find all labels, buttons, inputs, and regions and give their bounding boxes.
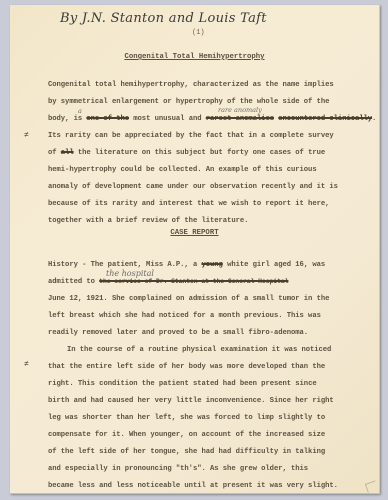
struck-text: rarest anomalies [206, 115, 274, 123]
text-line: of the left side of her tongue, she had … [48, 448, 325, 456]
text-fragment: white girl aged 16, was [227, 261, 325, 269]
text-line: right. This condition the patient stated… [48, 380, 317, 388]
struck-text: young [201, 261, 222, 269]
page-corner [365, 480, 378, 492]
text-line: body, is one of the most unusual and rar… [48, 115, 376, 123]
text-line: left breast which she had noticed for a … [48, 312, 321, 320]
handwritten-insertion: rare anomaly [218, 106, 262, 114]
text-line: and especially in pronouncing "th's". As… [48, 465, 308, 473]
text-fragment: most unusual and [133, 115, 201, 123]
struck-text: the service of Dr. Stanton at the Genera… [99, 278, 288, 285]
text-fragment: History - The patient, Miss A.P., a [48, 261, 197, 269]
margin-mark: ≠ [24, 131, 29, 140]
handwritten-insertion: the hospital [106, 269, 154, 278]
section-heading: CASE REPORT [10, 229, 379, 237]
struck-text: all [61, 149, 74, 157]
text-line: became less and less noticeable until at… [48, 482, 338, 490]
text-line: readily removed later and proved to be a… [48, 329, 308, 337]
text-line: together with a brief review of the lite… [48, 217, 248, 225]
text-line: June 12, 1921. She complained on admissi… [48, 295, 329, 303]
text-line: leg was shorter than her left, she was f… [48, 414, 325, 422]
text-line: that the entire left side of her body wa… [48, 363, 325, 371]
text-line: History - The patient, Miss A.P., a youn… [48, 261, 325, 269]
text-line: Congenital total hemihypertrophy, charac… [48, 81, 334, 89]
text-fragment: right. [48, 380, 74, 388]
text-fragment: the literature on this subject but forty… [78, 149, 325, 157]
text-fragment: body, is [48, 115, 82, 123]
text-line: birth and had caused her very little inc… [48, 397, 334, 405]
text-line: admitted to the service of Dr. Stanton a… [48, 278, 288, 286]
struck-text: one of the [86, 115, 129, 123]
text-line: anomaly of development came under our ob… [48, 183, 338, 191]
text-fragment: admitted to [48, 278, 95, 286]
text-line: of all the literature on this subject bu… [48, 149, 325, 157]
document-title: Congenital Total Hemihypertrophy [10, 53, 379, 61]
document-page: By J.N. Stanton and Louis Taft (1) Conge… [10, 5, 380, 494]
text-fragment: of [48, 149, 57, 157]
text-line: hemi-hypertrophy could be collected. An … [48, 166, 317, 174]
text-line: because of its rarity and interest that … [48, 200, 329, 208]
text-line: Its rarity can be appreciated by the fac… [48, 132, 334, 140]
page-number: (1) [192, 29, 205, 37]
text-line: In the course of a routine physical exam… [67, 346, 331, 354]
handwritten-insertion: a [78, 107, 82, 115]
text-fragment: This condition the patient stated had be… [78, 380, 317, 388]
handwritten-byline: By J.N. Stanton and Louis Taft [60, 11, 267, 26]
text-line: by symmetrical enlargement or hypertroph… [48, 98, 329, 106]
struck-text: encountered clinically [278, 115, 372, 123]
margin-mark: ≠ [24, 360, 29, 369]
text-line: compensate for it. When younger, on acco… [48, 431, 325, 439]
